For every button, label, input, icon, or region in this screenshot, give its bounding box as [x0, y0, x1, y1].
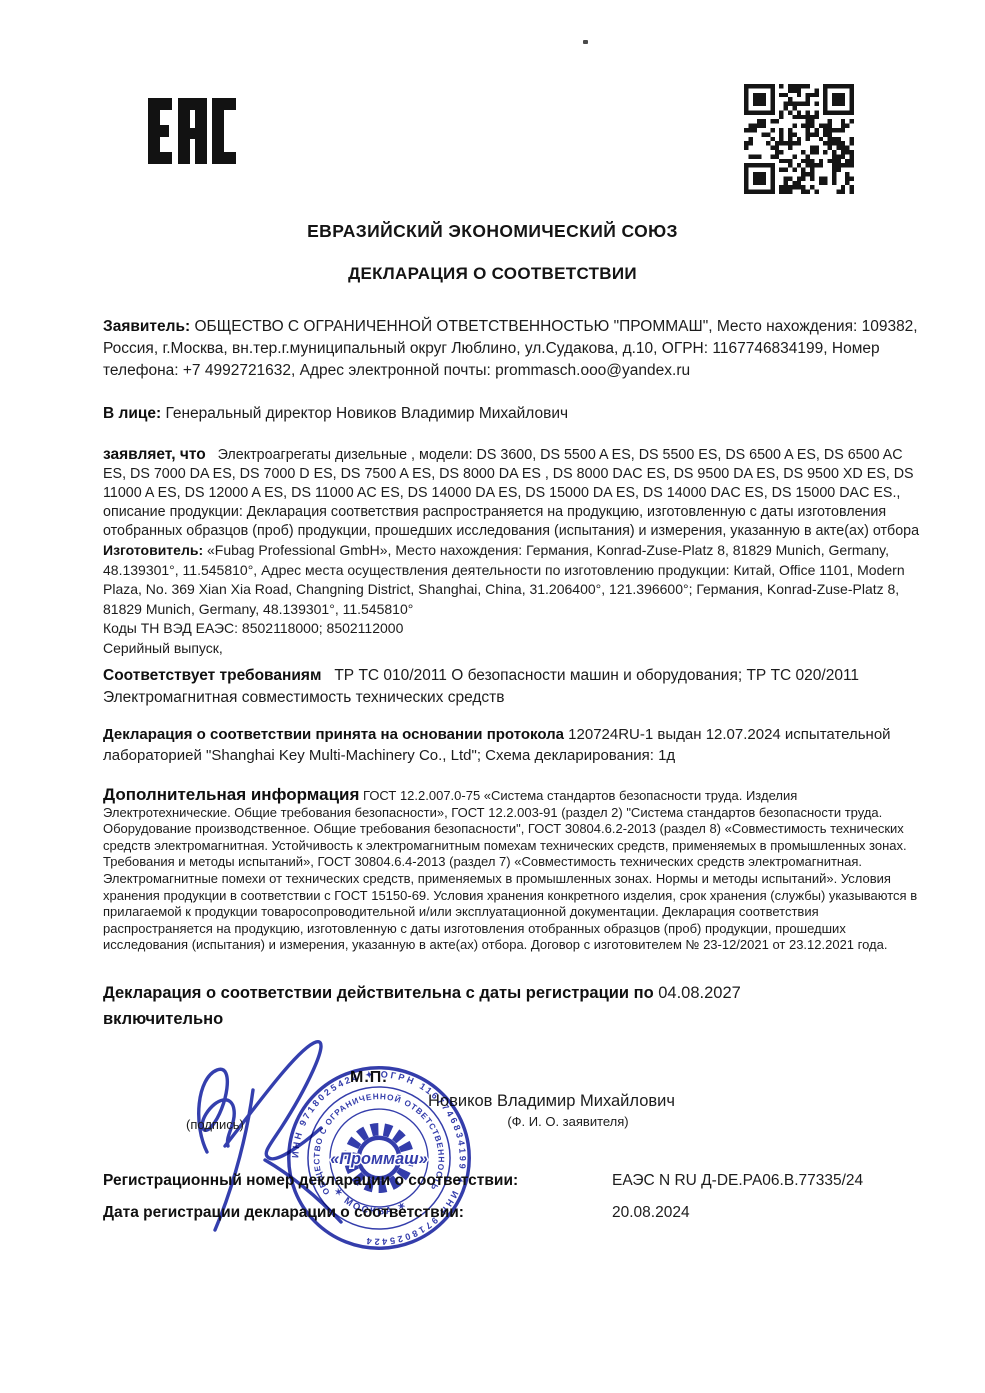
- validity-paragraph: Декларация о соответствии действительна …: [103, 980, 924, 1032]
- document-body: Заявитель: ОБЩЕСТВО С ОГРАНИЧЕННОЙ ОТВЕТ…: [103, 316, 924, 1032]
- validity-date: 04.08.2027: [658, 984, 741, 1002]
- registration-date-value: 20.08.2024: [612, 1204, 690, 1222]
- complies-paragraph: Соответствует требованиям ТР ТС 010/2011…: [103, 665, 924, 709]
- additional-info-text: ГОСТ 12.2.007.0-75 «Система стандартов б…: [103, 788, 917, 952]
- manufacturer-label: Изготовитель:: [103, 542, 203, 558]
- qr-code-icon: [744, 84, 854, 194]
- scan-speck: [583, 40, 588, 44]
- signature-caption: (подпись): [186, 1117, 244, 1132]
- tnved-codes: Коды ТН ВЭД ЕАЭС: 8502118000; 8502112000: [103, 619, 924, 639]
- person-label: В лице:: [103, 405, 161, 422]
- stamp-center-name: «Проммаш»: [330, 1150, 428, 1168]
- validity-label: Декларация о соответствии действительна …: [103, 984, 654, 1002]
- declares-text: Электроагрегаты дизельные , модели: DS 3…: [103, 447, 919, 539]
- registration-number-value: ЕАЭС N RU Д-DE.РА06.В.77335/24: [612, 1172, 863, 1190]
- registration-number-row: Регистрационный номер декларации о соотв…: [103, 1172, 924, 1190]
- manufacturer-text: «Fubag Professional GmbH», Место нахожде…: [103, 542, 905, 617]
- additional-info-paragraph: Дополнительная информация ГОСТ 12.2.007.…: [103, 787, 924, 954]
- additional-info-label: Дополнительная информация: [103, 785, 359, 804]
- serial-release: Серийный выпуск,: [103, 639, 924, 659]
- applicant-text: ОБЩЕСТВО С ОГРАНИЧЕННОЙ ОТВЕТСТВЕННОСТЬЮ…: [103, 318, 918, 379]
- registration-date-row: Дата регистрации декларации о соответств…: [103, 1204, 924, 1222]
- registration-date-label: Дата регистрации декларации о соответств…: [103, 1204, 464, 1221]
- validity-suffix: включительно: [103, 1006, 924, 1032]
- company-stamp: ИНН 9718025424 ✦ ОГРН 1167746834199 ✦ ИН…: [283, 1062, 475, 1254]
- person-paragraph: В лице: Генеральный директор Новиков Вла…: [103, 403, 924, 425]
- document-title: ДЕКЛАРАЦИЯ О СООТВЕТСТВИИ: [0, 264, 985, 284]
- manufacturer-paragraph: Изготовитель: «Fubag Professional GmbH»,…: [103, 541, 924, 658]
- declares-paragraph: заявляет, что Электроагрегаты дизельные …: [103, 445, 924, 541]
- applicant-paragraph: Заявитель: ОБЩЕСТВО С ОГРАНИЧЕННОЙ ОТВЕТ…: [103, 316, 924, 382]
- person-text: Генеральный директор Новиков Владимир Ми…: [166, 405, 569, 422]
- declaration-document: ЕВРАЗИЙСКИЙ ЭКОНОМИЧЕСКИЙ СОЮЗ ДЕКЛАРАЦИ…: [0, 0, 985, 1393]
- complies-label: Соответствует требованиям: [103, 667, 321, 684]
- basis-paragraph: Декларация о соответствии принята на осн…: [103, 724, 924, 766]
- applicant-label: Заявитель:: [103, 318, 190, 335]
- eac-certification-mark-icon: [148, 98, 236, 165]
- registration-number-label: Регистрационный номер декларации о соотв…: [103, 1172, 518, 1189]
- union-title: ЕВРАЗИЙСКИЙ ЭКОНОМИЧЕСКИЙ СОЮЗ: [0, 221, 985, 242]
- declares-label: заявляет, что: [103, 446, 206, 463]
- basis-label: Декларация о соответствии принята на осн…: [103, 726, 564, 743]
